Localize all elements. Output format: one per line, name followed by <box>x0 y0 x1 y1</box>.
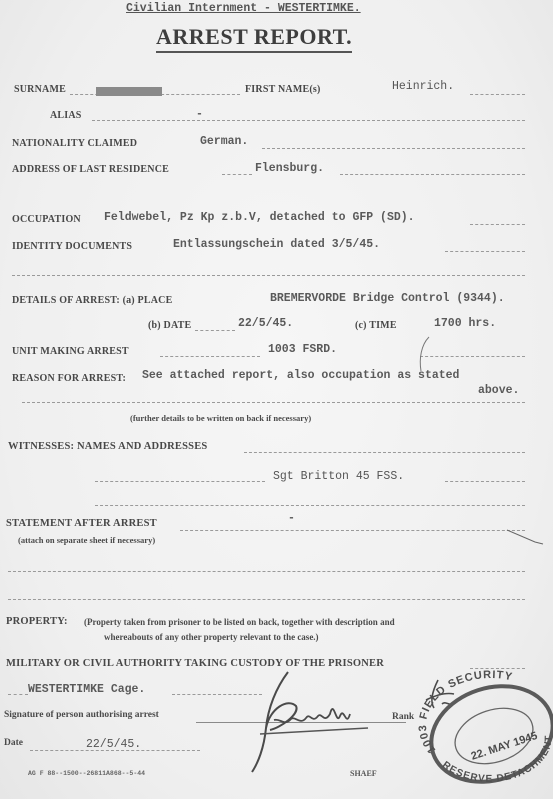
arrest-report-document: Civilian Internment - WESTERTIMKE. ARRES… <box>0 0 553 799</box>
statement-line-1 <box>180 530 525 531</box>
arrest-date-value: 22/5/45. <box>238 317 293 330</box>
witnesses-line-1 <box>244 452 525 453</box>
arrest-time-value: 1700 hrs. <box>434 317 496 330</box>
handwritten-signature <box>240 668 390 778</box>
arrest-date-line <box>195 330 235 331</box>
custody-value-line-left <box>8 694 28 695</box>
statement-line-2 <box>8 571 525 572</box>
identity-documents-line-2 <box>12 275 525 276</box>
reason-value-line2: above. <box>478 384 519 397</box>
alias-label: ALIAS <box>50 110 82 121</box>
date-label: Date <box>4 738 23 748</box>
address-label: ADDRESS OF LAST RESIDENCE <box>12 164 169 175</box>
occupation-value: Feldwebel, Pz Kp z.b.V, detached to GFP … <box>104 211 415 224</box>
unit-value: 1003 FSRD. <box>268 343 337 356</box>
unit-label: UNIT MAKING ARREST <box>12 346 129 357</box>
unit-line-right <box>420 356 525 357</box>
first-name-label: FIRST NAME(s) <box>245 84 320 95</box>
alias-value: - <box>196 108 203 121</box>
identity-documents-label: IDENTITY DOCUMENTS <box>12 241 132 252</box>
unit-line-left <box>160 356 260 357</box>
reason-label: REASON FOR ARREST: <box>12 373 126 384</box>
address-line-right <box>340 174 525 175</box>
nationality-value: German. <box>200 135 248 148</box>
pen-mark <box>505 528 545 548</box>
surname-value-redacted <box>96 82 162 100</box>
property-label: PROPERTY: <box>6 616 68 627</box>
identity-documents-line <box>445 251 525 252</box>
pen-curve <box>415 335 435 375</box>
nationality-line <box>262 148 525 149</box>
address-value: Flensburg. <box>255 162 324 175</box>
arrest-place-value: BREMERVORDE Bridge Control (9344). <box>270 292 505 305</box>
statement-line-3 <box>8 599 525 600</box>
property-note-line1: (Property taken from prisoner to be list… <box>84 617 395 627</box>
occupation-label: OCCUPATION <box>12 214 81 225</box>
witnesses-label: WITNESSES: NAMES AND ADDRESSES <box>8 441 207 452</box>
arrest-place-label: DETAILS OF ARREST: (a) PLACE <box>12 295 172 306</box>
statement-note: (attach on separate sheet if necessary) <box>18 535 155 545</box>
date-value: 22/5/45. <box>86 738 141 751</box>
first-name-value: Heinrich. <box>392 80 454 93</box>
reason-line <box>22 402 525 403</box>
witnesses-line-3 <box>95 505 525 506</box>
identity-documents-value: Entlassungschein dated 3/5/45. <box>173 238 380 251</box>
first-name-line <box>470 94 525 95</box>
property-note-line2: whereabouts of any other property releva… <box>104 632 319 642</box>
occupation-line <box>470 224 525 225</box>
document-title: ARREST REPORT. <box>156 24 352 53</box>
witnesses-line-2-left <box>95 481 265 482</box>
statement-value: - <box>288 512 295 525</box>
statement-label: STATEMENT AFTER ARREST <box>6 518 157 529</box>
arrest-time-label: (c) TIME <box>355 320 397 331</box>
surname-label: SURNAME <box>14 84 66 95</box>
form-code: AG F 88--1500--26811A868--5-44 <box>28 770 145 777</box>
document-subtitle: Civilian Internment - WESTERTIMKE. <box>126 2 361 15</box>
reason-value-line1: See attached report, also occupation as … <box>142 369 459 382</box>
arrest-date-label: (b) DATE <box>148 320 191 331</box>
reason-note: (further details to be written on back i… <box>130 413 311 423</box>
alias-line <box>92 120 525 121</box>
custody-line <box>470 668 525 669</box>
stamp-date: 22. MAY 1945 <box>470 730 539 763</box>
custody-value: WESTERTIMKE Cage. <box>28 683 145 696</box>
address-line-left <box>222 174 252 175</box>
witnesses-line-2-right <box>445 481 525 482</box>
field-security-stamp: 1003 FIELD SECURITY RESERVE DETACHMENT 2… <box>418 670 553 788</box>
witnesses-value: Sgt Britton 45 FSS. <box>273 470 404 483</box>
signature-label: Signature of person authorising arrest <box>4 710 159 720</box>
rank-label: Rank <box>392 712 414 722</box>
nationality-label: NATIONALITY CLAIMED <box>12 138 137 149</box>
